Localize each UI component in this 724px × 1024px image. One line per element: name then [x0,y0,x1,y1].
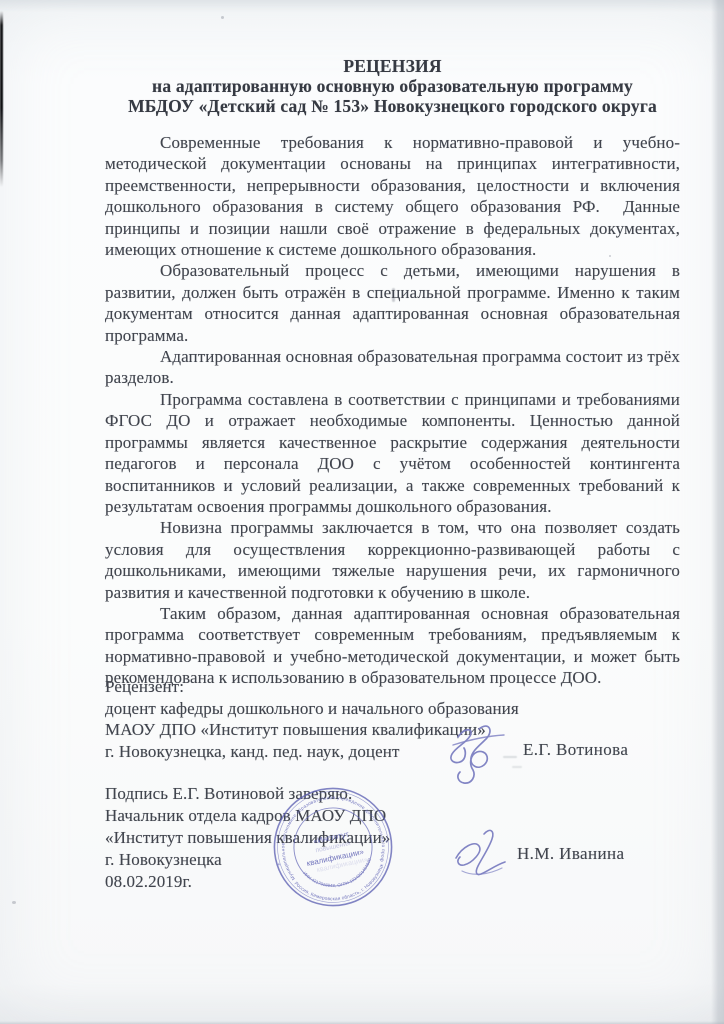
paragraph: Современные требования к нормативно-прав… [105,132,680,260]
document-body: Современные требования к нормативно-прав… [105,132,680,689]
signature-stroke [456,844,480,865]
document-title: РЕЦЕНЗИЯ [105,57,680,77]
official-round-stamp: Муниципальное автономное образовательное… [249,763,417,931]
signature-stroke [476,830,505,874]
signature-stroke [458,726,490,783]
document-subtitle-line2: МБДОУ «Детский сад № 153» Новокузнецкого… [105,97,680,117]
scanned-page: РЕЦЕНЗИЯ на адаптированную основную обра… [0,0,724,1024]
ivanina-signature-ink [444,824,520,886]
left-scan-edge-artifact [0,11,3,187]
document-subtitle-line1: на адаптированную основную образовательн… [105,77,680,97]
reviewer-label: Рецензент: [105,676,680,698]
document-header: РЕЦЕНЗИЯ на адаптированную основную обра… [105,57,680,116]
scan-speck [221,16,224,19]
signature-stroke [451,730,471,763]
votinova-signature-ink [433,720,515,790]
paragraph: Адаптированная основная образовательная … [105,346,680,389]
reviewer-name: Е.Г. Вотинова [523,740,628,760]
reviewer-position-line1: доцент кафедры дошкольного и начального … [105,698,680,720]
paragraph: Новизна программы заключается в том, что… [105,517,680,603]
paragraph: Образовательный процесс с детьми, имеющи… [105,260,680,346]
signature-stroke [453,735,504,745]
certifier-name: Н.М. Иванина [517,844,624,864]
scan-speck [12,901,16,904]
reviewer-position-line2: МАОУ ДПО «Институт повышения квалификаци… [105,719,680,741]
paragraph: Программа составлена в соответствии с пр… [105,389,680,517]
right-scan-edge-shadow [711,0,724,1024]
